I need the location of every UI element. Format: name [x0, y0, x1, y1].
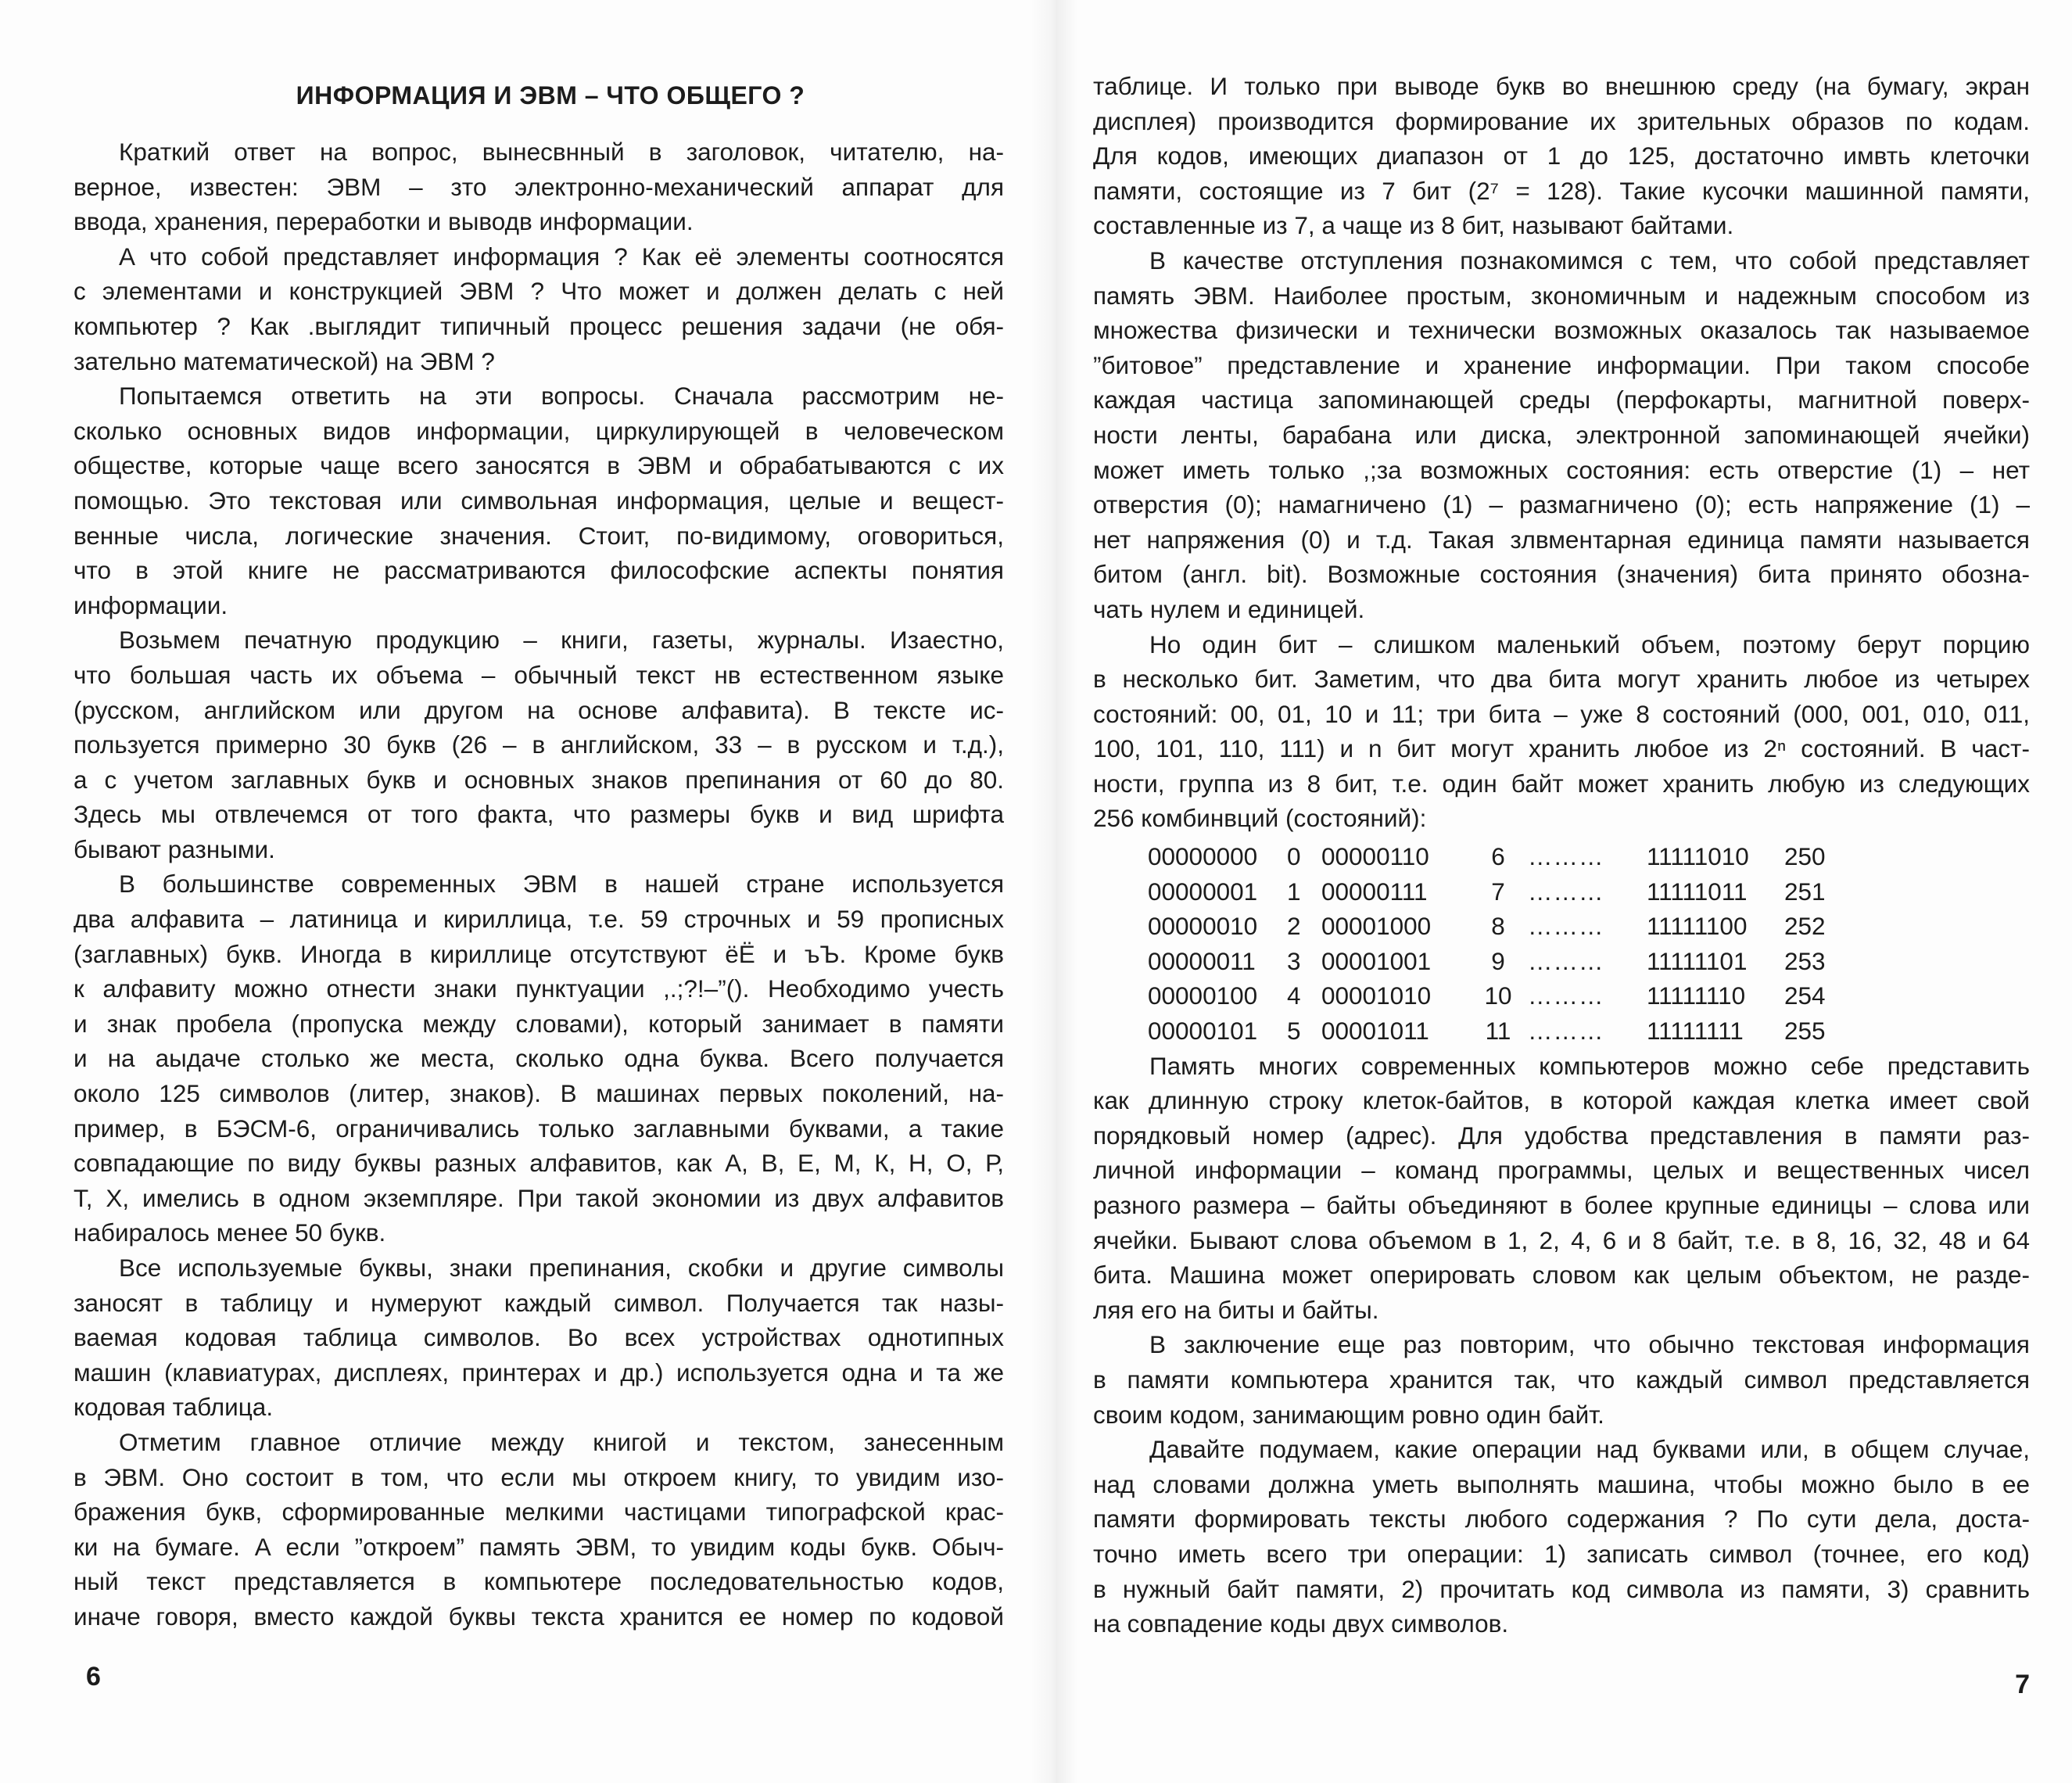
binary-code: 11111011 [1647, 874, 1784, 909]
decimal-value: 0 [1287, 839, 1321, 874]
text-line: (заглавных) букв. Иногда в кириллице отс… [73, 937, 1004, 972]
text-line: пользуется примерно 30 букв (26 – в англ… [73, 727, 1004, 762]
text-line: кодовая таблица. [73, 1390, 1004, 1425]
decimal-value: 11 [1475, 1013, 1522, 1049]
text-line: ки на бумаге. А если ”откроем” память ЭВ… [73, 1530, 1004, 1565]
ellipsis: ……… [1522, 1013, 1647, 1049]
right-page: таблице. И только при выводе букв во вне… [1093, 0, 2030, 1783]
table-row: 000000011000001117………11111011251 [1148, 874, 1839, 909]
text-line: заносят в таблицу и нумеруют каждый симв… [73, 1286, 1004, 1321]
text-line: венные числа, логические значения. Стоит… [73, 518, 1004, 554]
text-line: набиралось менее 50 букв. [73, 1215, 1004, 1250]
binary-code: 11111100 [1647, 909, 1784, 944]
binary-code: 00000001 [1148, 874, 1287, 909]
text-line: Возьмем печатную продукцию – книги, газе… [73, 622, 1004, 658]
text-line: верное, известен: ЭВМ – зто электронно-м… [73, 170, 1004, 205]
binary-code: 11111111 [1647, 1013, 1784, 1049]
text-line: множества физически и технически возможн… [1093, 313, 2030, 348]
binary-code: 00000100 [1148, 978, 1287, 1013]
text-line: 100, 101, 110, 111) и n бит могут хранит… [1093, 731, 2030, 766]
text-line: дисплея) производится формирование их зр… [1093, 104, 2030, 139]
text-line: нет напряжения (0) и т.д. Такая злвмента… [1093, 522, 2030, 558]
table-row: 000000102000010008………11111100252 [1148, 909, 1839, 944]
text-line: таблице. И только при выводе букв во вне… [1093, 69, 2030, 104]
table-row: 0000010150000101111………11111111255 [1148, 1013, 1839, 1049]
table-row: 0000010040000101010………11111110254 [1148, 978, 1839, 1013]
decimal-value: 1 [1287, 874, 1321, 909]
binary-code: 11111110 [1647, 978, 1784, 1013]
binary-code: 00001000 [1321, 909, 1475, 944]
text-line: А что собой представляет информация ? Ка… [73, 239, 1004, 274]
text-line: ляя его на биты и байты. [1093, 1293, 2030, 1328]
text-line: разного размера – байты объединяют в бол… [1093, 1188, 2030, 1223]
decimal-value: 9 [1475, 944, 1522, 979]
binary-code: 11111101 [1647, 944, 1784, 979]
table-row: 000000000000001106………11111010250 [1148, 839, 1839, 874]
text-line: ввода, хранения, переработки и выводв ин… [73, 204, 1004, 239]
text-line: в нужный байт памяти, 2) прочитать код с… [1093, 1572, 2030, 1607]
decimal-value: 254 [1784, 978, 1839, 1013]
table-row: 000000113000010019………11111101253 [1148, 944, 1839, 979]
text-line: память ЭВМ. Наиболее простым, зкономичны… [1093, 278, 2030, 314]
binary-code: 00001010 [1321, 978, 1475, 1013]
text-line: зательно математической) на ЭВМ ? [73, 344, 1004, 379]
text-line: ваемая кодовая таблица символов. Во всех… [73, 1320, 1004, 1355]
chapter-title: ИНФОРМАЦИЯ И ЭВМ – ЧТО ОБЩЕГО ? [73, 81, 1004, 110]
text-line: сколько основных видов информации, цирку… [73, 414, 1004, 449]
text-line: информации. [73, 588, 1004, 623]
text-line: пример, в БЭСМ-6, ограничивались только … [73, 1111, 1004, 1146]
text-line: чать нулем и единицей. [1093, 592, 2030, 627]
text-line: 256 комбинвций (состояний): [1093, 801, 2030, 836]
binary-code: 00000110 [1321, 839, 1475, 874]
ellipsis: ……… [1522, 909, 1647, 944]
binary-code: 00001011 [1321, 1013, 1475, 1049]
decimal-value: 253 [1784, 944, 1839, 979]
text-line: что в этой книге не рассматриваются фило… [73, 553, 1004, 588]
text-line: Давайте подумаем, какие операции над бук… [1093, 1432, 2030, 1467]
text-line: памяти, состоящие из 7 бит (2⁷ = 128). Т… [1093, 174, 2030, 209]
text-line: около 125 символов (литер, знаков). В ма… [73, 1076, 1004, 1111]
ellipsis: ……… [1522, 874, 1647, 909]
text-line: ”битовое” представление и хранение инфор… [1093, 348, 2030, 383]
text-line: как длинную строку клеток-байтов, в кото… [1093, 1083, 2030, 1118]
text-line: личной информации – команд программы, це… [1093, 1153, 2030, 1188]
text-line: бита. Машина может оперировать словом ка… [1093, 1257, 2030, 1293]
text-line: В качестве отступления познакомимся с те… [1093, 243, 2030, 278]
page-number-right: 7 [2015, 1670, 2030, 1700]
binary-code: 11111010 [1647, 839, 1784, 874]
decimal-value: 8 [1475, 909, 1522, 944]
text-line: и на аыдаче столько же места, сколько од… [73, 1041, 1004, 1076]
binary-code: 00000111 [1321, 874, 1475, 909]
text-line: совпадающие по виду буквы разных алфавит… [73, 1146, 1004, 1181]
text-line: к алфавиту можно отнести знаки пунктуаци… [73, 971, 1004, 1006]
decimal-value: 10 [1475, 978, 1522, 1013]
page-number-left: 6 [86, 1662, 101, 1692]
text-line: составленные из 7, а чаще из 8 бит, назы… [1093, 208, 2030, 243]
decimal-value: 6 [1475, 839, 1522, 874]
text-line: бражения букв, сформированные мелкими ча… [73, 1494, 1004, 1530]
text-after-table: Память многих современных компьютеров мо… [1093, 1049, 2030, 1641]
text-line: что большая часть их объема – обычный те… [73, 658, 1004, 693]
decimal-value: 4 [1287, 978, 1321, 1013]
text-line: с элементами и конструкцией ЭВМ ? Что мо… [73, 274, 1004, 309]
text-line: отверстия (0); намагничено (1) – размагн… [1093, 487, 2030, 522]
decimal-value: 5 [1287, 1013, 1321, 1049]
decimal-value: 3 [1287, 944, 1321, 979]
text-line: в несколько бит. Заметим, что два бита м… [1093, 662, 2030, 697]
book-gutter-shadow [1031, 0, 1077, 1783]
ellipsis: ……… [1522, 839, 1647, 874]
left-page: ИНФОРМАЦИЯ И ЭВМ – ЧТО ОБЩЕГО ? Краткий … [73, 0, 1004, 1783]
right-page-body: таблице. И только при выводе букв во вне… [1093, 69, 2030, 1641]
text-line: иначе говоря, вместо каждой буквы текста… [73, 1599, 1004, 1634]
left-page-body: Краткий ответ на вопрос, вынесвнный в за… [73, 135, 1004, 1634]
text-line: В большинстве современных ЭВМ в нашей ст… [73, 866, 1004, 902]
text-line: каждая частица запоминающей среды (перфо… [1093, 382, 2030, 418]
decimal-value: 2 [1287, 909, 1321, 944]
text-line: два алфавита – латиница и кириллица, т.е… [73, 902, 1004, 937]
text-line: машин (клавиатурах, дисплеях, принтерах … [73, 1355, 1004, 1390]
text-line: над словами должна уметь выполнять машин… [1093, 1467, 2030, 1502]
text-before-table: таблице. И только при выводе букв во вне… [1093, 69, 2030, 836]
ellipsis: ……… [1522, 944, 1647, 979]
text-line: компьютер ? Как .выглядит типичный проце… [73, 309, 1004, 344]
text-line: своим кодом, занимающим ровно один байт. [1093, 1397, 2030, 1433]
text-line: и знак пробела (пропуска между словами),… [73, 1006, 1004, 1042]
text-line: Отметим главное отличие между книгой и т… [73, 1425, 1004, 1460]
text-line: Но один бит – слишком маленький объем, п… [1093, 627, 2030, 662]
text-line: Попытаемся ответить на эти вопросы. Снач… [73, 378, 1004, 414]
text-line: Все используемые буквы, знаки препинания… [73, 1250, 1004, 1286]
byte-code-table: 000000000000001106………1111101025000000001… [1148, 839, 1839, 1049]
binary-code: 00000010 [1148, 909, 1287, 944]
decimal-value: 251 [1784, 874, 1839, 909]
decimal-value: 250 [1784, 839, 1839, 874]
text-line: обществе, которые чаще всего заносятся в… [73, 448, 1004, 483]
text-line: ности, группа из 8 бит, т.е. один байт м… [1093, 766, 2030, 802]
text-line: Память многих современных компьютеров мо… [1093, 1049, 2030, 1084]
text-line: Т, Х, имелись в одном экземпляре. При та… [73, 1181, 1004, 1216]
decimal-value: 7 [1475, 874, 1522, 909]
text-line: а с учетом заглавных букв и основных зна… [73, 762, 1004, 798]
binary-code: 00000000 [1148, 839, 1287, 874]
text-line: на совпадение коды двух символов. [1093, 1606, 2030, 1641]
text-line: ный текст представляется в компьютере по… [73, 1564, 1004, 1599]
decimal-value: 255 [1784, 1013, 1839, 1049]
ellipsis: ……… [1522, 978, 1647, 1013]
text-line: ности ленты, барабана или диска, электро… [1093, 418, 2030, 453]
text-line: В заключение еще раз повторим, что обычн… [1093, 1327, 2030, 1362]
text-line: Здесь мы отвлечемся от того факта, что р… [73, 797, 1004, 832]
decimal-value: 252 [1784, 909, 1839, 944]
text-line: порядковый номер (адрес). Для удобства п… [1093, 1118, 2030, 1153]
text-line: состояний: 00, 01, 10 и 11; три бита – у… [1093, 697, 2030, 732]
binary-code: 00001001 [1321, 944, 1475, 979]
text-line: памяти формировать тексты любого содержа… [1093, 1501, 2030, 1537]
text-line: бывают разными. [73, 832, 1004, 867]
text-line: Для кодов, имеющих диапазон от 1 до 125,… [1093, 138, 2030, 174]
text-line: помощью. Это текстовая или символьная ин… [73, 483, 1004, 518]
binary-code: 00000101 [1148, 1013, 1287, 1049]
text-line: битом (англ. bit). Возможные состояния (… [1093, 557, 2030, 592]
text-line: в ЭВМ. Оно состоит в том, что если мы от… [73, 1460, 1004, 1495]
binary-code: 00000011 [1148, 944, 1287, 979]
text-line: ячейки. Бывают слова объемом в 1, 2, 4, … [1093, 1223, 2030, 1258]
text-line: может иметь только ,;за возможных состоя… [1093, 453, 2030, 488]
text-line: в памяти компьютера хранится так, что ка… [1093, 1362, 2030, 1397]
text-line: точно иметь всего три операции: 1) запис… [1093, 1537, 2030, 1572]
text-line: (русском, английском или другом на основ… [73, 693, 1004, 728]
text-line: Краткий ответ на вопрос, вынесвнный в за… [73, 135, 1004, 170]
